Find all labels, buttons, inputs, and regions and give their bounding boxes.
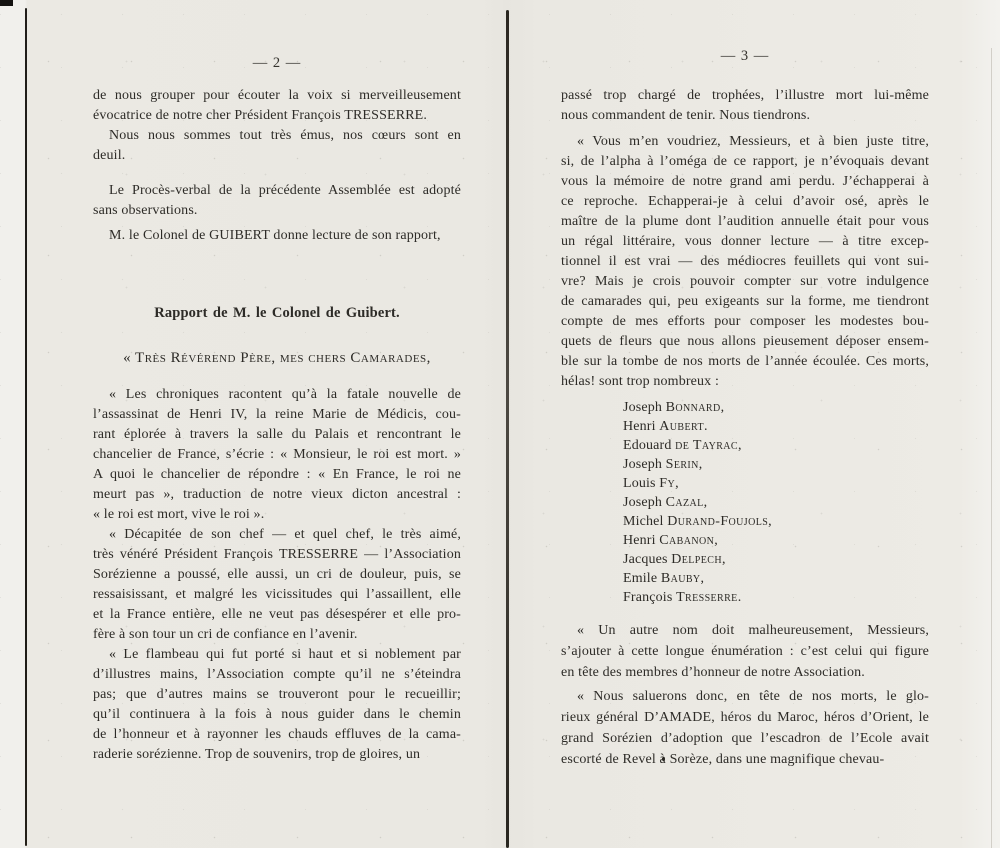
deceased-name: Michel Durand-Foujols,	[623, 512, 929, 531]
paragraph: de nous grouper pour écouter la voix si …	[93, 86, 461, 126]
first-name: Henri	[623, 419, 659, 434]
text-line: qu’il continuera à la fois à nous guider…	[93, 705, 461, 725]
paragraph: « Décapitée de son chef — et quel chef, …	[93, 525, 461, 645]
text-line: en tête des membres d’honneur de notre A…	[561, 662, 929, 683]
surname: Aubert.	[659, 419, 708, 434]
right-page-closing-section: « Un autre nom doit malheureusement, Mes…	[561, 620, 929, 770]
paragraph: « Un autre nom doit malheureusement, Mes…	[561, 620, 929, 683]
text-line: « Vous m’en voudriez, Messieurs, et à bi…	[561, 132, 929, 152]
surname: Cazal,	[666, 495, 708, 510]
text-line: chancelier de France, s’écrie : « Monsie…	[93, 445, 461, 465]
text-line: l’assassinat de Henri IV, la reine Marie…	[93, 405, 461, 425]
right-page-number: — 3 —	[561, 47, 929, 65]
deceased-name: Joseph Serin,	[623, 455, 929, 474]
paragraph: passé trop chargé de trophées, l’illustr…	[561, 86, 929, 126]
text-line: « Les chroniques racontent qu’à la fatal…	[93, 385, 461, 405]
text-line: de l’honneur et à rayonner les chauds ef…	[93, 725, 461, 745]
text-line: deuil.	[93, 146, 461, 166]
deceased-name: Louis Fy,	[623, 474, 929, 493]
first-name: Jacques	[623, 552, 671, 567]
text-line: et la France entière, elle ne veut pas d…	[93, 605, 461, 625]
text-line: tionnel il est vrai — des médiocres feui…	[561, 252, 929, 272]
text-line: sans observations.	[93, 201, 461, 221]
left-page-intro-section: de nous grouper pour écouter la voix si …	[93, 86, 461, 246]
deceased-names-list: Joseph Bonnard,Henri Aubert.Edouard de T…	[561, 398, 929, 607]
text-line: meurt pas », traduction de notre vieux d…	[93, 485, 461, 505]
text-line: grand Sorézien d’adoption que l’escadron…	[561, 728, 929, 749]
text-line: « Décapitée de son chef — et quel chef, …	[93, 525, 461, 545]
text-line: vre? Mais je crois pouvoir compter sur v…	[561, 272, 929, 292]
text-line: « Le flambeau qui fut porté si haut et s…	[93, 645, 461, 665]
paragraph: M. le Colonel de GUIBERT donne lecture d…	[93, 226, 461, 246]
first-name: Emile	[623, 571, 661, 586]
text-line: évocatrice de notre cher Président Franç…	[93, 106, 461, 126]
text-line: ressaisissant, et malgré les vicissitude…	[93, 585, 461, 605]
surname: Durand-Foujols,	[667, 514, 772, 529]
deceased-name: Henri Aubert.	[623, 417, 929, 436]
surname: Fy,	[659, 476, 679, 491]
first-name: Joseph	[623, 457, 666, 472]
text-line: « le roi est mort, vive le roi ».	[93, 505, 461, 525]
first-name: Henri	[623, 533, 659, 548]
first-name: Michel	[623, 514, 667, 529]
deceased-name: Emile Bauby,	[623, 569, 929, 588]
paragraph: Nous nous sommes tout très émus, nos cœu…	[93, 126, 461, 166]
surname: Tresserre.	[676, 590, 742, 605]
deceased-name: Edouard de Tayrac,	[623, 436, 929, 455]
scanned-book-spread: — 2 — de nous grouper pour écouter la vo…	[0, 0, 1000, 848]
text-line: raderie sorézienne. Trop de souvenirs, t…	[93, 745, 461, 765]
deceased-name: François Tresserre.	[623, 588, 929, 607]
text-line: de camarades qui, peu exigeants sur la f…	[561, 292, 929, 312]
gutter-binding-line	[506, 10, 509, 848]
paragraph: « Les chroniques racontent qu’à la fatal…	[93, 385, 461, 525]
surname: Serin,	[666, 457, 703, 472]
text-line: Nous nous sommes tout très émus, nos cœu…	[93, 126, 461, 146]
text-line: pas; que d’autres mains se trouveront po…	[93, 685, 461, 705]
text-line: nous commandent de tenir. Nous tiendrons…	[561, 106, 929, 126]
deceased-name: Henri Cabanon,	[623, 531, 929, 550]
surname: Bauby,	[661, 571, 705, 586]
text-line: si, de l’alpha à l’oméga de ce rapport, …	[561, 152, 929, 172]
text-line: fère à son tour un cri de confiance en l…	[93, 625, 461, 645]
text-line: Le Procès-verbal de la précédente Assemb…	[93, 181, 461, 201]
paragraph: « Nous saluerons donc, en tête de nos mo…	[561, 686, 929, 770]
page-edge-line-left	[25, 8, 27, 846]
paragraph: « Vous m’en voudriez, Messieurs, et à bi…	[561, 132, 929, 392]
text-line: très vénéré Président François TRESSERRE…	[93, 545, 461, 565]
right-page: — 3 — passé trop chargé de trophées, l’i…	[561, 0, 929, 770]
text-line: A quoi le chancelier de répondre : « En …	[93, 465, 461, 485]
left-page: — 2 — de nous grouper pour écouter la vo…	[93, 0, 461, 765]
first-name: Joseph	[623, 495, 666, 510]
text-line: ble sur la tombe de nos morts de l’année…	[561, 352, 929, 372]
text-line: s’ajouter à cette longue énumération : c…	[561, 641, 929, 662]
surname: Bonnard,	[666, 400, 725, 415]
deceased-name: Joseph Bonnard,	[623, 398, 929, 417]
text-line: Sorézienne a poussé, elle aussi, un cri …	[93, 565, 461, 585]
paragraph: « Le flambeau qui fut porté si haut et s…	[93, 645, 461, 765]
text-line: « Nous saluerons donc, en tête de nos mo…	[561, 686, 929, 707]
report-salutation: « Très Révérend Père, mes chers Camarade…	[93, 348, 461, 368]
paragraph: Le Procès-verbal de la précédente Assemb…	[93, 181, 461, 221]
text-line: d’illustres mains, l’Association compte …	[93, 665, 461, 685]
page-edge-line-right	[991, 48, 992, 848]
text-line: vous la mémoire de notre grand ami perdu…	[561, 172, 929, 192]
right-page-report-body: passé trop chargé de trophées, l’illustr…	[561, 86, 929, 392]
text-line: quets de fleurs que nous allons pieuseme…	[561, 332, 929, 352]
deceased-name: Joseph Cazal,	[623, 493, 929, 512]
left-page-number: — 2 —	[93, 54, 461, 72]
text-line: « Un autre nom doit malheureusement, Mes…	[561, 620, 929, 641]
first-name: Louis	[623, 476, 659, 491]
first-name: Joseph	[623, 400, 666, 415]
left-page-report-body: « Les chroniques racontent qu’à la fatal…	[93, 385, 461, 765]
text-line: passé trop chargé de trophées, l’illustr…	[561, 86, 929, 106]
text-line: escorté de Revel à Sorèze, dans une magn…	[561, 749, 929, 770]
surname: de Tayrac,	[675, 438, 742, 453]
text-line: M. le Colonel de GUIBERT donne lecture d…	[93, 226, 461, 246]
text-line: maître de la plume dont l’audition annue…	[561, 212, 929, 232]
first-name: François	[623, 590, 676, 605]
text-line: rieux général D’AMADE, héros du Maroc, h…	[561, 707, 929, 728]
text-line: compte de mes efforts pour composer les …	[561, 312, 929, 332]
first-name: Edouard	[623, 438, 675, 453]
deceased-name: Jacques Delpech,	[623, 550, 929, 569]
report-heading: Rapport de M. le Colonel de Guibert.	[93, 303, 461, 323]
text-line: ce reproche. Echapperai-je à celui d’avo…	[561, 192, 929, 212]
text-line: de nous grouper pour écouter la voix si …	[93, 86, 461, 106]
text-line: rant éplorée à travers la salle du Palai…	[93, 425, 461, 445]
scan-corner-mark	[0, 0, 13, 6]
text-line: hélas! sont trop nombreux :	[561, 372, 929, 392]
surname: Delpech,	[671, 552, 726, 567]
text-line: un régal littéraire, vous donner lecture…	[561, 232, 929, 252]
surname: Cabanon,	[659, 533, 718, 548]
